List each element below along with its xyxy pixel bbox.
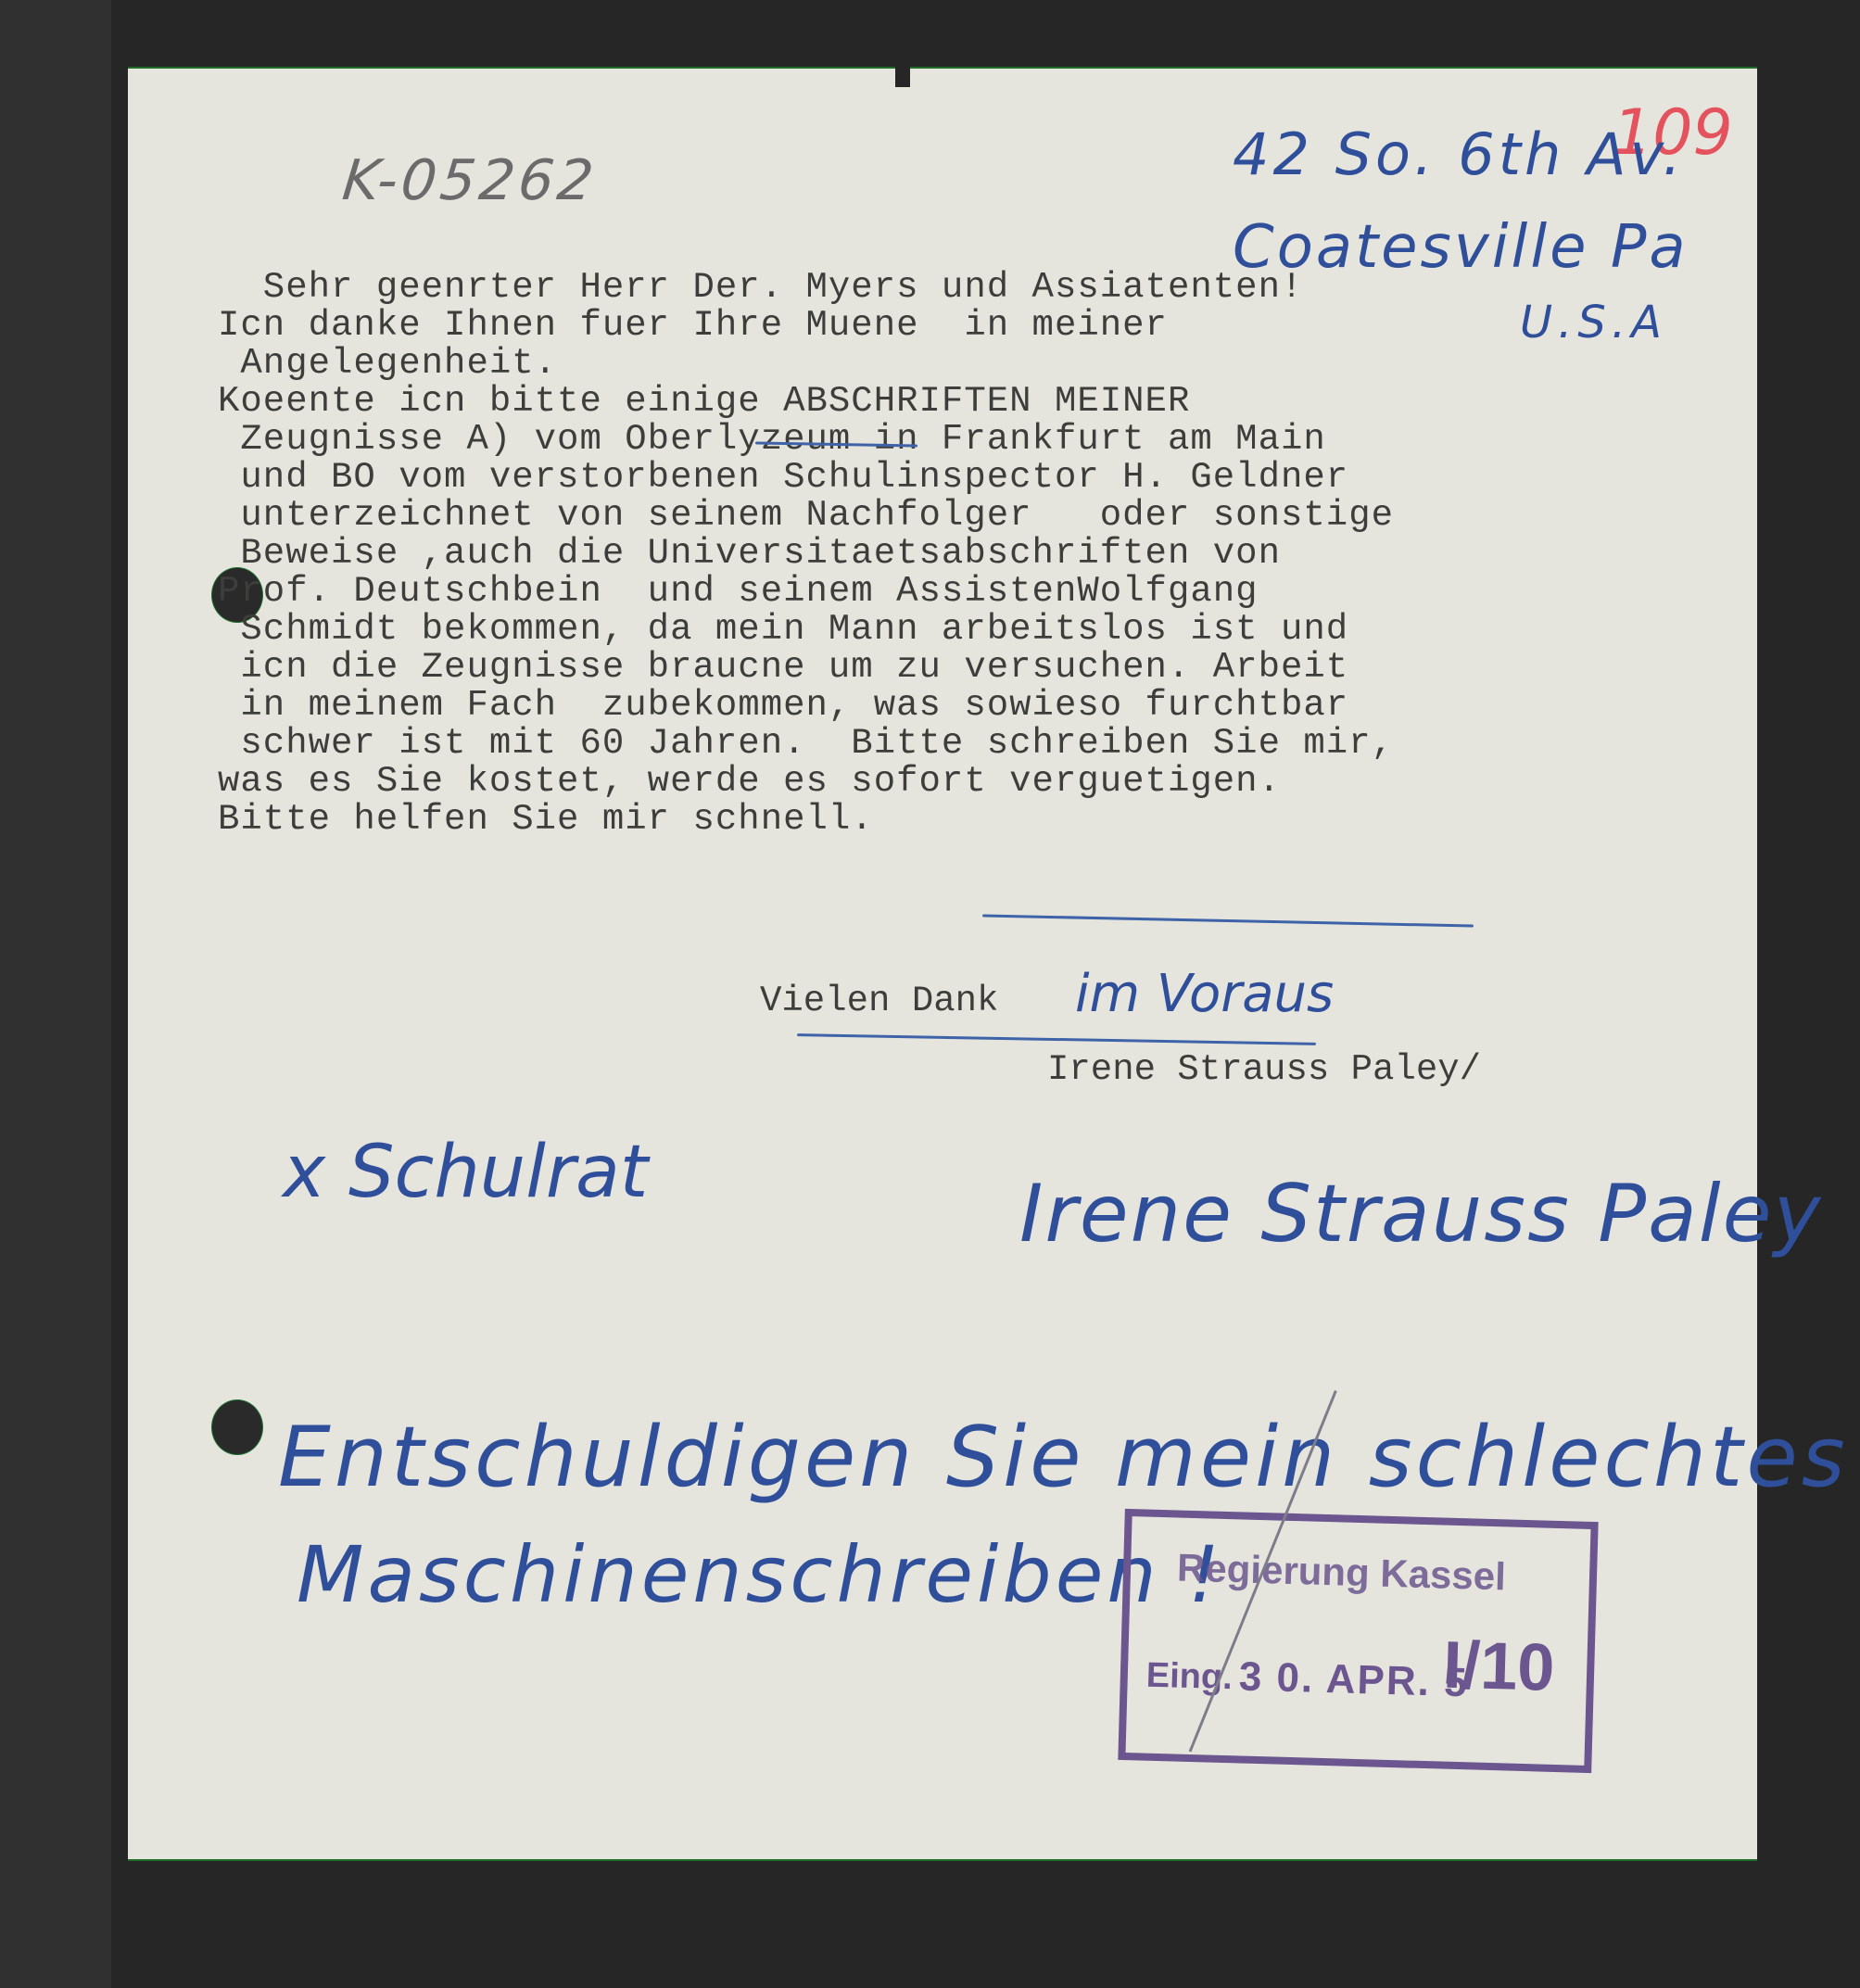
body-line: icn die Zeugnisse braucne um zu versuche…: [218, 649, 1645, 687]
stamp-title: Regierung Kassel: [1176, 1546, 1506, 1600]
stamp-reference: I/10: [1442, 1627, 1555, 1706]
body-line: Angelegenheit.: [218, 345, 1645, 383]
address-line-1: 42 So. 6th Av.: [1233, 120, 1685, 188]
handwritten-signature: Irene Strauss Paley: [1019, 1168, 1822, 1260]
body-line: Prof. Deutschbein und seinem AssistenWol…: [218, 573, 1645, 611]
paper-notch: [895, 67, 910, 87]
body-line: in meinem Fach zubekommen, was sowieso f…: [218, 687, 1645, 725]
background-left-strip: [0, 0, 111, 1988]
body-line: Beweise ,auch die Universitaetsabschrift…: [218, 535, 1645, 573]
typed-signature: Irene Strauss Paley/: [1047, 1049, 1481, 1090]
body-line: Sehr geenrter Herr Der. Myers und Assiat…: [218, 269, 1645, 307]
apology-line-2: Maschinenschreiben !: [297, 1529, 1223, 1620]
punch-hole-bottom: [211, 1399, 263, 1455]
body-line: Zeugnisse A) vom Oberlyzeum in Frankfurt…: [218, 421, 1645, 459]
apology-line-1: Entschuldigen Sie mein schlechtes: [278, 1409, 1849, 1506]
body-line: Koeente icn bitte einige ABSCHRIFTEN MEI…: [218, 383, 1645, 421]
archive-number: K-05262: [339, 148, 600, 213]
closing-handwritten: im Voraus: [1075, 964, 1334, 1024]
receipt-stamp: Regierung Kassel Eing. 3 0. APR. 5 I/10: [1118, 1509, 1598, 1773]
letter-body: Sehr geenrter Herr Der. Myers und Assiat…: [218, 269, 1645, 839]
body-line: unterzeichnet von seinem Nachfolger oder…: [218, 497, 1645, 535]
body-line: und BO vom verstorbenen Schulinspector H…: [218, 459, 1645, 497]
stamp-date: 3 0. APR. 5: [1238, 1653, 1469, 1706]
body-line: Bitte helfen Sie mir schnell.: [218, 801, 1645, 839]
body-line: Icn danke Ihnen fuer Ihre Muene in meine…: [218, 307, 1645, 345]
body-line: Schmidt bekommen, da mein Mann arbeitslo…: [218, 611, 1645, 649]
body-line: was es Sie kostet, werde es sofort vergu…: [218, 763, 1645, 801]
closing-typed: Vielen Dank: [760, 981, 998, 1021]
body-line: schwer ist mit 60 Jahren. Bitte schreibe…: [218, 725, 1645, 763]
margin-note: x Schulrat: [283, 1131, 648, 1214]
